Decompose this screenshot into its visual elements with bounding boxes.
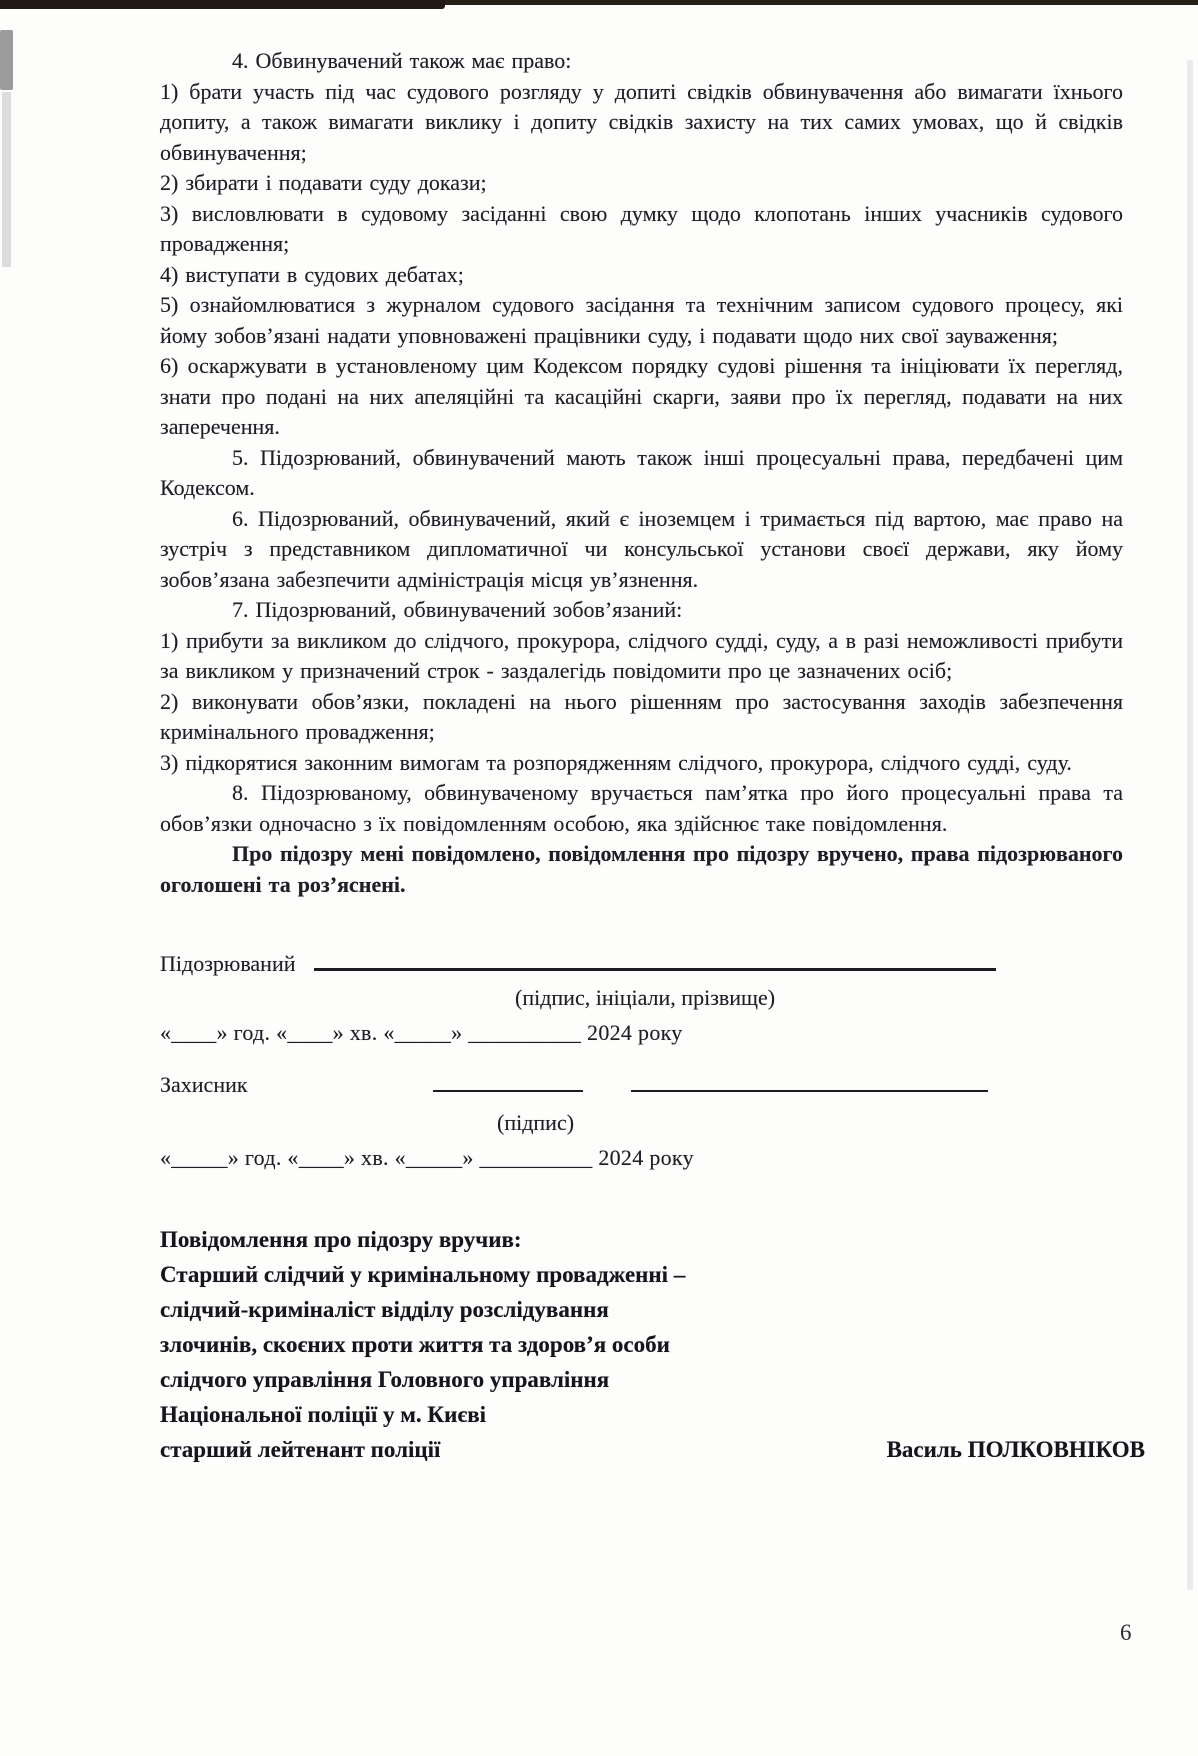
paragraph-right-2: 2) збирати і подавати суду докази; (160, 168, 1123, 199)
issuer-heading: Повідомлення про підозру вручив: (160, 1222, 1145, 1257)
defender-signature-caption: (підпис) (497, 1108, 1145, 1138)
suspect-signature-caption: (підпис, ініціали, прізвище) (515, 983, 1145, 1013)
issuer-title-line-1: Старший слідчий у кримінальному провадже… (160, 1257, 1145, 1292)
defender-signature-row: Захисник (160, 1068, 1145, 1100)
defender-name-line (631, 1068, 988, 1092)
issuer-block: Повідомлення про підозру вручив: Старший… (160, 1222, 1145, 1467)
suspect-date-line: «____» год. «____» хв. «_____» _________… (160, 1018, 1145, 1048)
scanned-document-page: 4. Обвинувачений також має право: 1) бра… (0, 0, 1198, 1756)
issuer-title-line-2: слідчий-криміналіст відділу розслідуванн… (160, 1292, 1145, 1327)
issuer-rank: старший лейтенант поліції (160, 1432, 440, 1467)
paragraph-right-4: 4) виступати в судових дебатах; (160, 260, 1123, 291)
page-number: 6 (1120, 1620, 1132, 1646)
paragraph-8: 8. Підозрюваному, обвинуваченому вручаєт… (160, 778, 1123, 839)
defender-signature-line (433, 1068, 583, 1092)
defender-date-line: «_____» год. «____» хв. «_____» ________… (160, 1143, 1145, 1173)
paragraph-right-3: 3) висловлювати в судовому засіданні сво… (160, 199, 1123, 260)
issuer-title-line-3: злочинів, скоєних проти життя та здоров’… (160, 1327, 1145, 1362)
paragraph-right-6: 6) оскаржувати в установленому цим Кодек… (160, 351, 1123, 443)
paragraph-duty-1: 1) прибути за викликом до слідчого, прок… (160, 626, 1123, 687)
issuer-name: Василь ПОЛКОВНІКОВ (887, 1432, 1145, 1467)
scan-artifact-top-left (0, 0, 445, 9)
document-body: 4. Обвинувачений також має право: 1) бра… (160, 46, 1123, 900)
defender-label: Захисник (160, 1072, 248, 1097)
paragraph-right-5: 5) ознайомлюватися з журналом судового з… (160, 290, 1123, 351)
paragraph-6: 6. Підозрюваний, обвинувачений, який є і… (160, 504, 1123, 596)
issuer-title-line-5: Національної поліції у м. Києві (160, 1397, 1145, 1432)
signature-block: Підозрюваний (підпис, ініціали, прізвище… (160, 946, 1145, 1173)
suspect-signature-line (314, 946, 996, 971)
paragraph-acknowledgement: Про підозру мені повідомлено, повідомлен… (160, 839, 1123, 900)
issuer-title-line-4: слідчого управління Головного управління (160, 1362, 1145, 1397)
scan-artifact-left-faint (2, 92, 11, 267)
scan-artifact-left-smudge (0, 30, 13, 90)
paragraph-right-1: 1) брати участь під час судового розгляд… (160, 77, 1123, 169)
paragraph-5: 5. Підозрюваний, обвинувачений мають так… (160, 443, 1123, 504)
paragraph-duty-3: 3) підкорятися законним вимогам та розпо… (160, 748, 1123, 779)
issuer-rank-name-row: старший лейтенант поліції Василь ПОЛКОВН… (160, 1432, 1145, 1467)
paragraph-7-heading: 7. Підозрюваний, обвинувачений зобов’яза… (160, 595, 1123, 626)
suspect-signature-row: Підозрюваний (160, 946, 1145, 979)
paragraph-4-heading: 4. Обвинувачений також має право: (160, 46, 1123, 77)
suspect-label: Підозрюваний (160, 951, 296, 976)
paragraph-duty-2: 2) виконувати обов’язки, покладені на нь… (160, 687, 1123, 748)
scan-artifact-right-edge (1187, 60, 1193, 1590)
